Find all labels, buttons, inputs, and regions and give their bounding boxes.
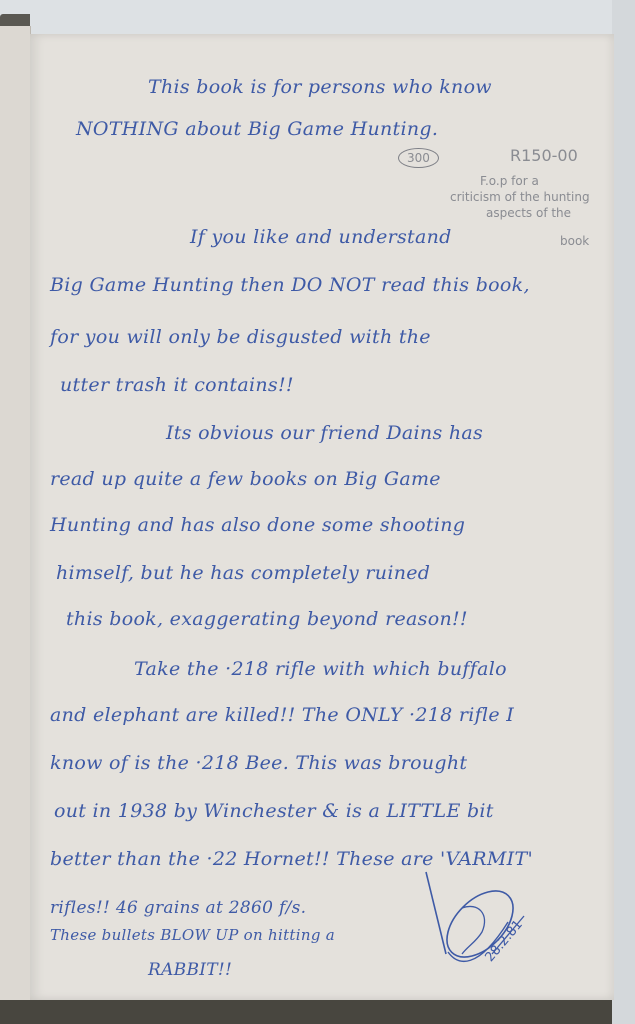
book-page: This book is for persons who know NOTHIN… — [30, 34, 614, 1000]
background-right — [612, 0, 635, 1024]
inscription-line: Its obvious our friend Dains has — [166, 422, 483, 444]
flyleaf-edge — [0, 26, 31, 1006]
inscription-line: out in 1938 by Winchester & is a LITTLE … — [54, 800, 494, 822]
inscription-line: Hunting and has also done some shooting — [50, 514, 465, 536]
inscription-line: These bullets BLOW UP on hitting a — [50, 926, 335, 944]
inscription-line: Big Game Hunting then DO NOT read this b… — [50, 274, 530, 296]
inscription-line: for you will only be disgusted with the — [50, 326, 431, 348]
pencil-price: R150-00 — [510, 146, 578, 165]
inscription-line: NOTHING about Big Game Hunting. — [76, 118, 438, 140]
inscription-line: and elephant are killed!! The ONLY ·218 … — [50, 704, 514, 726]
inscription-line: himself, but he has completely ruined — [56, 562, 430, 584]
pencil-note: F.o.p for a — [480, 174, 539, 188]
inscription-line: Take the ·218 rifle with which buffalo — [134, 658, 507, 680]
inscription-line: This book is for persons who know — [148, 76, 492, 98]
book-cover-bottom — [0, 1000, 635, 1024]
inscription-line: RABBIT!! — [148, 960, 232, 980]
pencil-circled-number: 300 — [398, 148, 439, 168]
inscription-line: this book, exaggerating beyond reason!! — [66, 608, 468, 630]
inscription-line: utter trash it contains!! — [60, 374, 294, 396]
inscription-line: rifles!! 46 grains at 2860 f/s. — [50, 898, 306, 918]
inscription-line: know of is the ·218 Bee. This was brough… — [50, 752, 467, 774]
pencil-note: book — [560, 234, 589, 248]
inscription-line: If you like and understand — [190, 226, 452, 248]
pencil-note: aspects of the — [486, 206, 571, 220]
pencil-note: criticism of the hunting — [450, 190, 590, 204]
inscription-line: read up quite a few books on Big Game — [50, 468, 441, 490]
